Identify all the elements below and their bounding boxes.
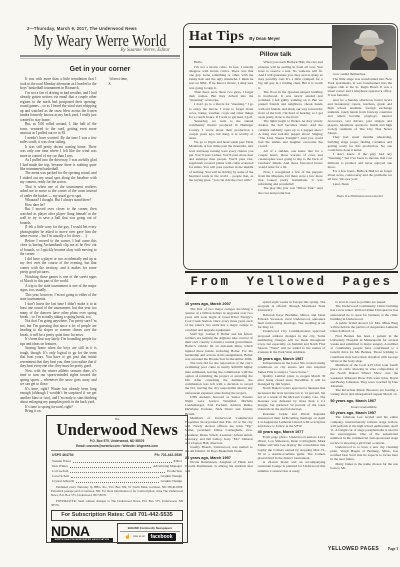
- paragraph: spend eight weeks in Europe this spring.…: [258, 300, 326, 313]
- hat-tips-title: Hat Tips: [189, 29, 244, 44]
- paragraph: That is when one of the tournament worke…: [20, 185, 97, 198]
- paragraph: Nicole Rasmussen, daughter of Hank and D…: [185, 460, 253, 473]
- paragraph: Underwood City Commissioners approved pr…: [258, 329, 326, 354]
- masthead-usps-row: USPS 464754 Ph: 701-442-0530: [51, 450, 183, 459]
- section-header: 50 years ago, March 1967: [330, 399, 398, 403]
- paragraph: But, as 5:00 rolled around, I, like half…: [20, 122, 97, 135]
- column-headline: Get in your corner: [20, 66, 180, 73]
- italic-note: Dean is a Dickinson area rancher: [328, 194, 392, 198]
- paragraph: Marty James is the name chosen for the s…: [330, 462, 398, 470]
- jump-line-title: YELLOWED PAGES: [328, 546, 379, 552]
- paragraph: Yesterday, we went to the annual communi…: [189, 119, 253, 140]
- paragraph: The lone bid for the renovation of the c…: [185, 361, 253, 395]
- yellowed-pages-col-3: to start as soon as permits are issued.T…: [330, 300, 398, 544]
- paragraph: S.: [104, 82, 181, 86]
- paragraph: As I pulled into the driveway, I was awf…: [20, 158, 97, 171]
- paragraph: Quality Lumber plans to reopen March 30 …: [258, 374, 326, 387]
- paragraph: A 24-unit motel and an accompanying rest…: [258, 460, 326, 473]
- masthead-contact: Email: unnews@westriv.com • Website: bhg…: [51, 444, 183, 448]
- hat-tips-byline: By Dean Meyer: [249, 36, 280, 41]
- paragraph: Then there were those two guys, I forget…: [189, 90, 253, 103]
- paragraph: Front page photo: Underwood seniors Larr…: [258, 435, 326, 460]
- paragraph: Before I moved to the corner, I had come…: [20, 239, 97, 257]
- like-us-label: Like us on: [133, 536, 145, 539]
- facebook-promo-header: BHG/ND Community Newspapers: [120, 526, 180, 532]
- facebook-logo: facebook: [148, 533, 176, 541]
- publication-info: Published every Thursday by BHG, Inc., P…: [51, 486, 183, 497]
- yellowed-pages-body: 10 years ago, March 2007The first of two…: [185, 300, 398, 544]
- masthead-box: The Underwood News P.O. Box 575, Underwo…: [46, 415, 188, 543]
- weary-werre-column: My Weary Werre World By Suanne Werre, Ed…: [20, 32, 180, 415]
- hat-tips-col-2: When you reach Bullock Hall, the cars an…: [258, 60, 322, 258]
- paragraph: Not that I’m going anywhere. I’m pretty …: [20, 319, 97, 337]
- section-header: 10 years ago, March 2007: [185, 302, 253, 306]
- dotted-leader: [73, 461, 172, 463]
- dotted-leader: [70, 466, 151, 468]
- masthead-divider: [20, 55, 180, 59]
- paragraph: The floor in the Quonset-shaped building…: [258, 90, 322, 119]
- masthead-logos: NDNA NORTH DAKOTA NEWSPAPER ASSOCIATION …: [51, 523, 183, 544]
- paragraph: Fred Bennes has been a patient in the Un…: [330, 334, 398, 363]
- masthead-name: Underwood News: [54, 421, 179, 438]
- yellowed-pages-col-2: spend eight weeks in Europe this spring.…: [258, 300, 326, 544]
- paragraph: The arena was packed for the opening rou…: [20, 171, 97, 184]
- paragraph: A public bridal shower for Mrs. Miles Be…: [330, 321, 398, 334]
- paragraph: The little stage was transformed into Ne…: [328, 77, 392, 98]
- paragraph: Members of the local 4-H Club took fourt…: [330, 363, 398, 388]
- jump-line: YELLOWED PAGES Page 3: [328, 546, 398, 552]
- paragraph: (I felt a little sorry for the guy. I wo…: [20, 225, 97, 238]
- paragraph: I don’t go to a movie for “meaning.” I g…: [189, 102, 253, 119]
- paragraph: All of a sudden, one knew that for a cou…: [258, 149, 322, 170]
- paragraph: I’m not a fan of driving in bad weather,…: [20, 91, 97, 122]
- paragraph: The fabulous Lee Grabel and his entire c…: [330, 415, 398, 444]
- paragraph: It was still pretty decent coming home. …: [20, 145, 97, 158]
- paragraph: When you reach Bullock Hall, the cars an…: [258, 60, 322, 89]
- paragraph: Watching those games is one of the sures…: [20, 275, 97, 284]
- paragraph: Members of Underwood Commercial Properti…: [185, 416, 253, 445]
- staff-name: Crystal Albrecht: [52, 479, 74, 484]
- paragraph: Staying home when the boys are still in …: [20, 346, 97, 368]
- paragraph: For a few hours, Bullock Hall let us for…: [328, 169, 392, 182]
- section-header: 40 years ago, March 1977: [258, 430, 326, 434]
- paragraph: I needn’t have worried. By the time I wa…: [20, 136, 97, 145]
- dotted-leader: [70, 471, 165, 473]
- paragraph: Later, Dean: [328, 182, 392, 186]
- paragraph: The play this year was “Pillow Talk.” An…: [258, 186, 322, 194]
- paragraph: I don’t know the last time I didn’t make…: [20, 302, 97, 320]
- phone-number: Ph: 701-442-0530: [154, 453, 182, 457]
- paragraph: Now, with the winter athletic seasons do…: [20, 369, 97, 387]
- paragraph: They had spent months rehearsing, buildi…: [328, 135, 392, 152]
- paragraph: The Riverdale Music Boosters are hosting…: [330, 388, 398, 396]
- paragraph: This year, however, I’m not going to eit…: [20, 293, 97, 302]
- paragraph: Deborah Kaye Boehnke, Minot, and Dean Ed…: [258, 313, 326, 330]
- paragraph: UHS students honored at Senior Parents N…: [185, 395, 253, 416]
- section-header: 30 years ago, March 1987: [258, 357, 326, 361]
- dotted-leader: [76, 481, 158, 483]
- paragraph: I’m not a movie critic. In fact, I usual…: [189, 65, 253, 90]
- paragraph: Temperatures in the lower 50s created sl…: [258, 361, 326, 374]
- paragraph: A trip to the state tournament is one of…: [20, 284, 97, 293]
- column-body: It was with more than a little trepidati…: [20, 77, 180, 415]
- staff-list: Suanne WerreEditorDon WinterAdvertising …: [51, 459, 183, 485]
- postmaster-note: POSTMASTER: Send address changes to The …: [51, 500, 183, 508]
- paragraph: We go to Elgin and head south past Table…: [189, 140, 253, 182]
- jump-line-page: Page 3: [388, 547, 398, 551]
- paragraph: But I moved over closer to the corner, t…: [20, 207, 97, 225]
- ndna-logo: NDNA NORTH DAKOTA NEWSPAPER ASSOCIATION: [51, 525, 113, 542]
- paragraph: It was with more than a little trepidati…: [20, 77, 97, 90]
- paragraph: Roxanne Grade and David Kapaske announce…: [258, 412, 326, 429]
- paragraph: The Underwood Community Clinic building …: [330, 304, 398, 321]
- hat-tips-rule: [189, 46, 334, 48]
- yellowed-pages-col-1: 10 years ago, March 2007The first of two…: [185, 300, 253, 544]
- hat-tips-body: Hello,I’m not a movie critic. In fact, I…: [189, 60, 392, 258]
- usps-number: USPS 464754: [52, 453, 74, 457]
- masthead-address: P.O. Box 575, Underwood, ND 58576: [51, 439, 183, 443]
- staff-role: Graphic Design: [161, 479, 182, 484]
- paragraph: Jeremy Brandt, Underwood, was named to t…: [185, 445, 253, 453]
- subscription-rates-bar: For Subscription Rates: Call 701-442-553…: [51, 510, 183, 521]
- hat-tips-col-1: Hello,I’m not a movie critic. In fact, I…: [189, 60, 253, 258]
- staff-row: Crystal AlbrechtGraphic Design: [52, 479, 182, 484]
- paragraph: It’s time, right? Winter has already bee…: [20, 387, 97, 405]
- columnist-photo: [332, 25, 396, 70]
- paragraph: North Dakota voters approved a measure t…: [258, 386, 326, 411]
- italic-note: · · · · · · ·: [328, 188, 392, 192]
- ndna-tagline: NORTH DAKOTA NEWSPAPER ASSOCIATION: [51, 538, 113, 542]
- cowboy-hat-portrait-icon: [332, 25, 396, 70]
- paragraph: The first of two major outages involving…: [185, 307, 253, 332]
- paragraph: It’s been that way lately. I’m hounding …: [20, 337, 97, 346]
- yellowed-pages-banner: From Yellowed Pages: [185, 271, 398, 294]
- paragraph: And for a Sunday afternoon, barrel racer…: [328, 98, 392, 136]
- paragraph: Now, I recognized a few of the puppets f…: [258, 170, 322, 187]
- paragraph: Underwood is to have a new dry cleaning …: [330, 445, 398, 462]
- paragraph: Bring it on.: [20, 409, 97, 413]
- facebook-promo-row: ☝ Like us on facebook: [120, 533, 180, 541]
- paragraph: The lights begin to flicker. As they slo…: [258, 119, 322, 148]
- paragraph: Staff Sgt. Joshua P. Boller and his fell…: [185, 332, 253, 361]
- paragraph: I don’t know if the play had any “meanin…: [328, 152, 392, 169]
- hat-tips-col-3: crew outdid themselves.The little stage …: [328, 60, 392, 258]
- dotted-leader: [71, 476, 159, 478]
- italic-note: Issues unavailable.: [330, 405, 398, 409]
- thumbs-up-icon: ☝: [124, 535, 130, 540]
- paragraph: I did have a player or two accidentally …: [20, 257, 97, 275]
- section-header: 20 years ago, March 1997: [185, 456, 253, 460]
- column-masthead-title: My Weary Werre World: [33, 32, 167, 49]
- ndna-acronym: NDNA: [51, 525, 113, 538]
- facebook-promo-box: BHG/ND Community Newspapers ☝ Like us on…: [117, 523, 183, 544]
- section-header: 60 years ago, March 1957: [330, 411, 398, 415]
- hat-tips-box: Hat TipsBy Dean Meyer Pillow talk Hello,…: [183, 23, 398, 270]
